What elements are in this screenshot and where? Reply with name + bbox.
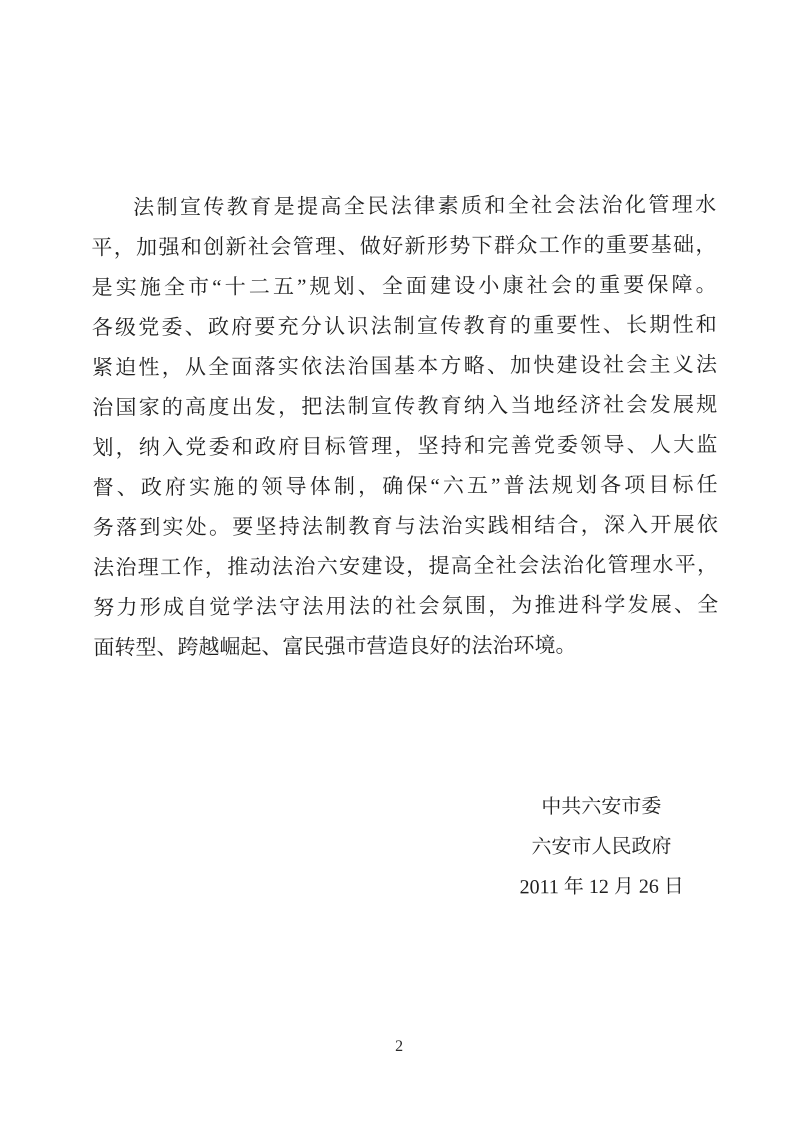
body-line: 督、政府实施的领导体制，确保“六五”普法规划各项目标任 [93, 464, 718, 507]
body-line: 法制宣传教育是提高全民法律素质和全社会法治化管理水 [91, 184, 716, 227]
body-line: 各级党委、政府要充分认识法制宣传教育的重要性、长期性和 [92, 304, 717, 347]
signature-line: 中共六安市委 [461, 786, 741, 827]
body-line: 是实施全市“十二五”规划、全面建设小康社会的重要保障。 [91, 264, 716, 307]
body-line: 务落到实处。要坚持法制教育与法治实践相结合，深入开展依 [93, 504, 718, 547]
body-line: 治国家的高度出发，把法制宣传教育纳入当地经济社会发展规 [92, 384, 717, 427]
document-page: 法制宣传教育是提高全民法律素质和全社会法治化管理水平，加强和创新社会管理、做好新… [0, 0, 793, 1122]
signature-block: 中共六安市委六安市人民政府2011 年 12 月 26 日 [461, 786, 742, 907]
body-line: 面转型、跨越崛起、富民强市营造良好的法治环境。 [93, 624, 718, 667]
body-line: 紧迫性，从全面落实依法治国基本方略、加快建设社会主义法 [92, 344, 717, 387]
page-number: 2 [2, 1034, 793, 1060]
body-line: 划，纳入党委和政府目标管理，坚持和完善党委领导、人大监 [92, 424, 717, 467]
body-paragraph: 法制宣传教育是提高全民法律素质和全社会法治化管理水平，加强和创新社会管理、做好新… [91, 184, 719, 667]
signature-line: 2011 年 12 月 26 日 [462, 866, 742, 907]
body-line: 法治理工作，推动法治六安建设，提高全社会法治化管理水平， [93, 544, 718, 587]
body-line: 平，加强和创新社会管理、做好新形势下群众工作的重要基础， [91, 224, 716, 267]
body-line: 努力形成自觉学法守法用法的社会氛围，为推进科学发展、全 [93, 584, 718, 627]
signature-line: 六安市人民政府 [461, 826, 741, 867]
